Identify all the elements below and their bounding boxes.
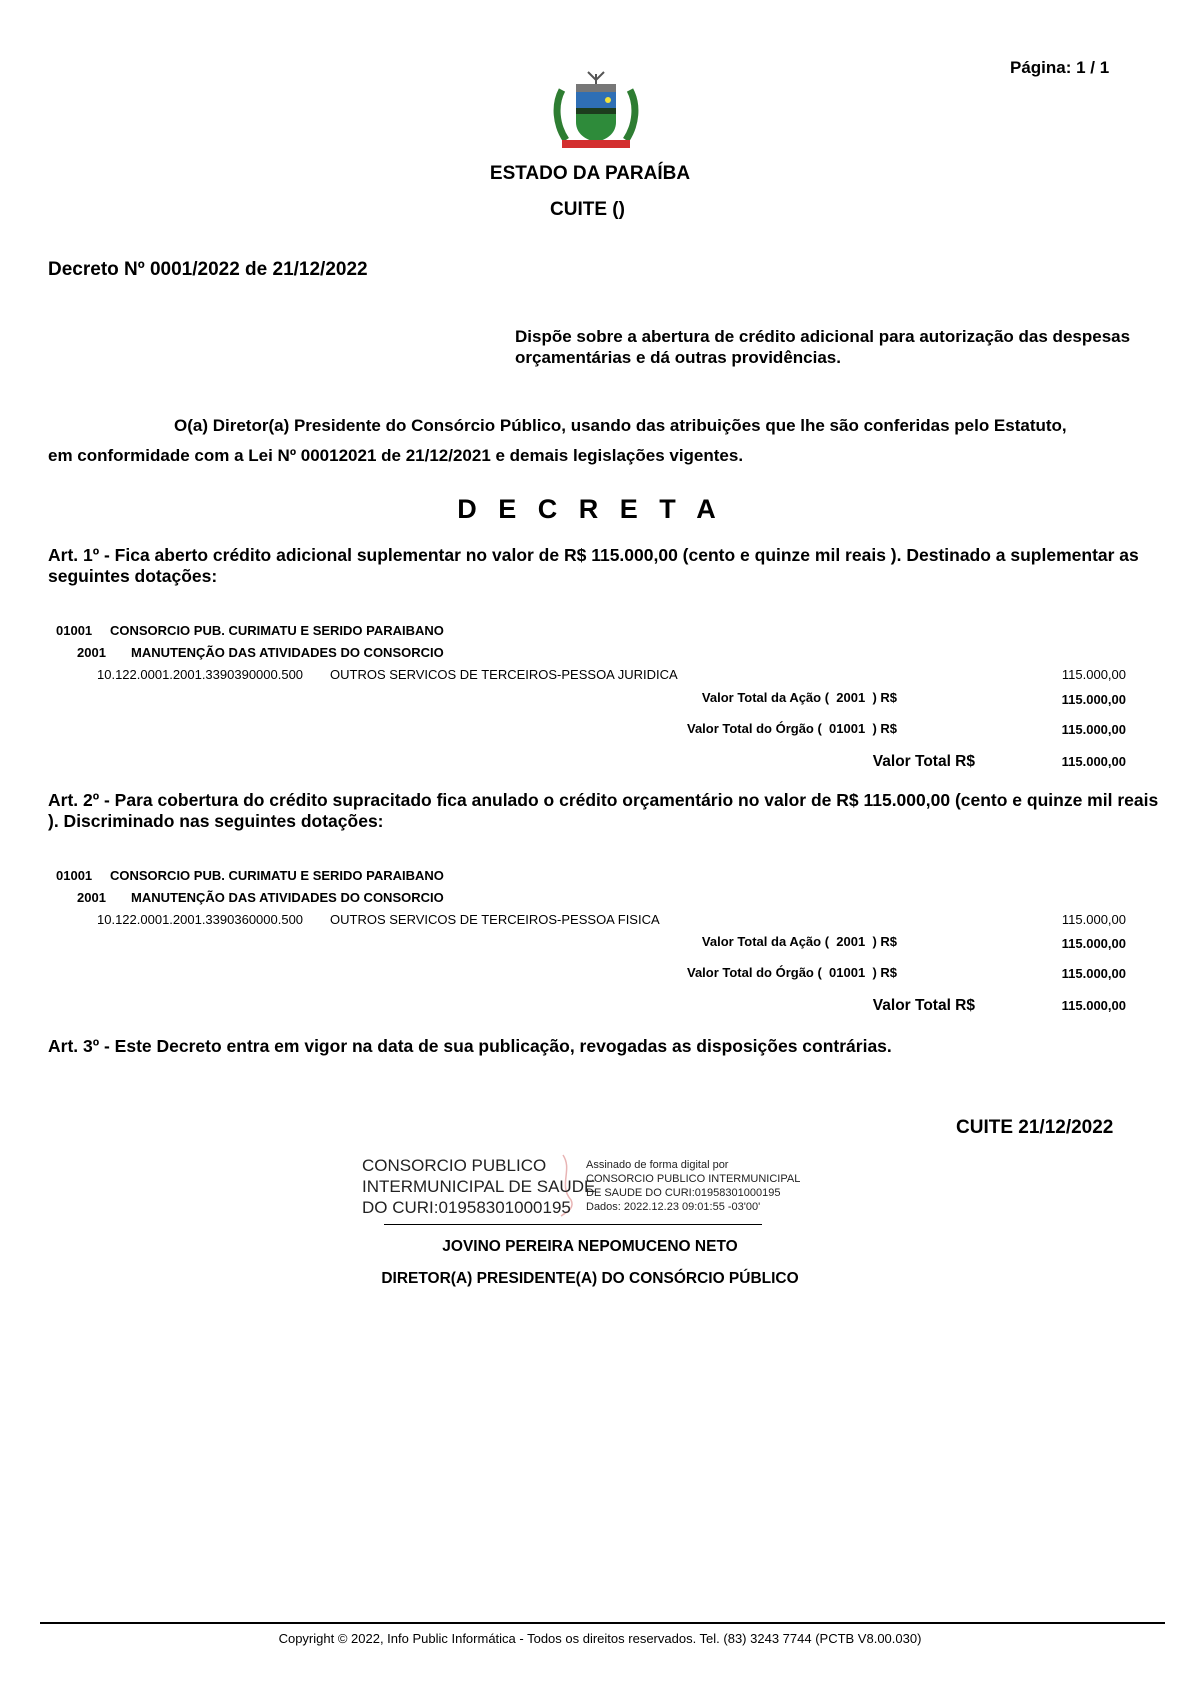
article-3: Art. 3º - Este Decreto entra em vigor na… — [48, 1036, 1173, 1057]
org-name: CONSORCIO PUB. CURIMATU E SERIDO PARAIBA… — [110, 623, 444, 638]
place-date: CUITE 21/12/2022 — [956, 1117, 1113, 1139]
action-total-label: Valor Total da Ação ( 2001 ) R$ — [477, 690, 897, 705]
preamble-line-2: em conformidade com a Lei Nº 00012021 de… — [48, 441, 1168, 471]
signature-line — [384, 1224, 762, 1225]
signer-role: DIRETOR(A) PRESIDENTE(A) DO CONSÓRCIO PÚ… — [0, 1270, 1180, 1288]
action-code: 2001 — [77, 645, 106, 660]
grand-total-label: Valor Total R$ — [555, 753, 975, 771]
grand-total-value: 115.000,00 — [986, 754, 1126, 769]
element-code: 10.122.0001.2001.3390390000.500 — [97, 667, 303, 682]
action-total-value: 115.000,00 — [986, 936, 1126, 951]
element-value: 115.000,00 — [986, 667, 1126, 682]
state-name: ESTADO DA PARAÍBA — [0, 163, 1180, 185]
org-total-value: 115.000,00 — [986, 966, 1126, 981]
coat-of-arms-icon — [548, 70, 644, 152]
signer-name: JOVINO PEREIRA NEPOMUCENO NETO — [0, 1238, 1180, 1256]
grand-total-value: 115.000,00 — [986, 998, 1126, 1013]
digital-signature-details: Assinado de forma digital por CONSORCIO … — [586, 1158, 800, 1214]
city-name: CUITE () — [0, 199, 1175, 221]
grand-total-label: Valor Total R$ — [555, 997, 975, 1015]
action-total-label: Valor Total da Ação ( 2001 ) R$ — [477, 934, 897, 949]
element-name: OUTROS SERVICOS DE TERCEIROS-PESSOA FISI… — [330, 912, 660, 927]
org-name: CONSORCIO PUB. CURIMATU E SERIDO PARAIBA… — [110, 868, 444, 883]
org-total-label: Valor Total do Órgão ( 01001 ) R$ — [477, 721, 897, 736]
decree-summary: Dispõe sobre a abertura de crédito adici… — [515, 326, 1135, 368]
action-code: 2001 — [77, 890, 106, 905]
footer-divider — [40, 1622, 1165, 1624]
action-total-value: 115.000,00 — [986, 692, 1126, 707]
element-name: OUTROS SERVICOS DE TERCEIROS-PESSOA JURI… — [330, 667, 678, 682]
preamble: O(a) Diretor(a) Presidente do Consórcio … — [48, 411, 1168, 471]
element-value: 115.000,00 — [986, 912, 1126, 927]
article-2: Art. 2º - Para cobertura do crédito supr… — [48, 790, 1173, 832]
page-indicator: Página: 1 / 1 — [1010, 58, 1109, 78]
action-name: MANUTENÇÃO DAS ATIVIDADES DO CONSORCIO — [131, 645, 444, 660]
action-name: MANUTENÇÃO DAS ATIVIDADES DO CONSORCIO — [131, 890, 444, 905]
org-total-label: Valor Total do Órgão ( 01001 ) R$ — [477, 965, 897, 980]
org-code: 01001 — [56, 623, 92, 638]
digital-signature-name: CONSORCIO PUBLICO INTERMUNICIPAL DE SAUD… — [362, 1155, 595, 1218]
preamble-line-1: O(a) Diretor(a) Presidente do Consórcio … — [48, 411, 1168, 441]
article-1: Art. 1º - Fica aberto crédito adicional … — [48, 545, 1173, 587]
footer-copyright: Copyright © 2022, Info Public Informátic… — [0, 1631, 1200, 1646]
org-total-value: 115.000,00 — [986, 722, 1126, 737]
element-code: 10.122.0001.2001.3390360000.500 — [97, 912, 303, 927]
org-code: 01001 — [56, 868, 92, 883]
decree-title: Decreto Nº 0001/2022 de 21/12/2022 — [48, 259, 368, 281]
decreta-heading: D E C R E T A — [0, 494, 1180, 525]
